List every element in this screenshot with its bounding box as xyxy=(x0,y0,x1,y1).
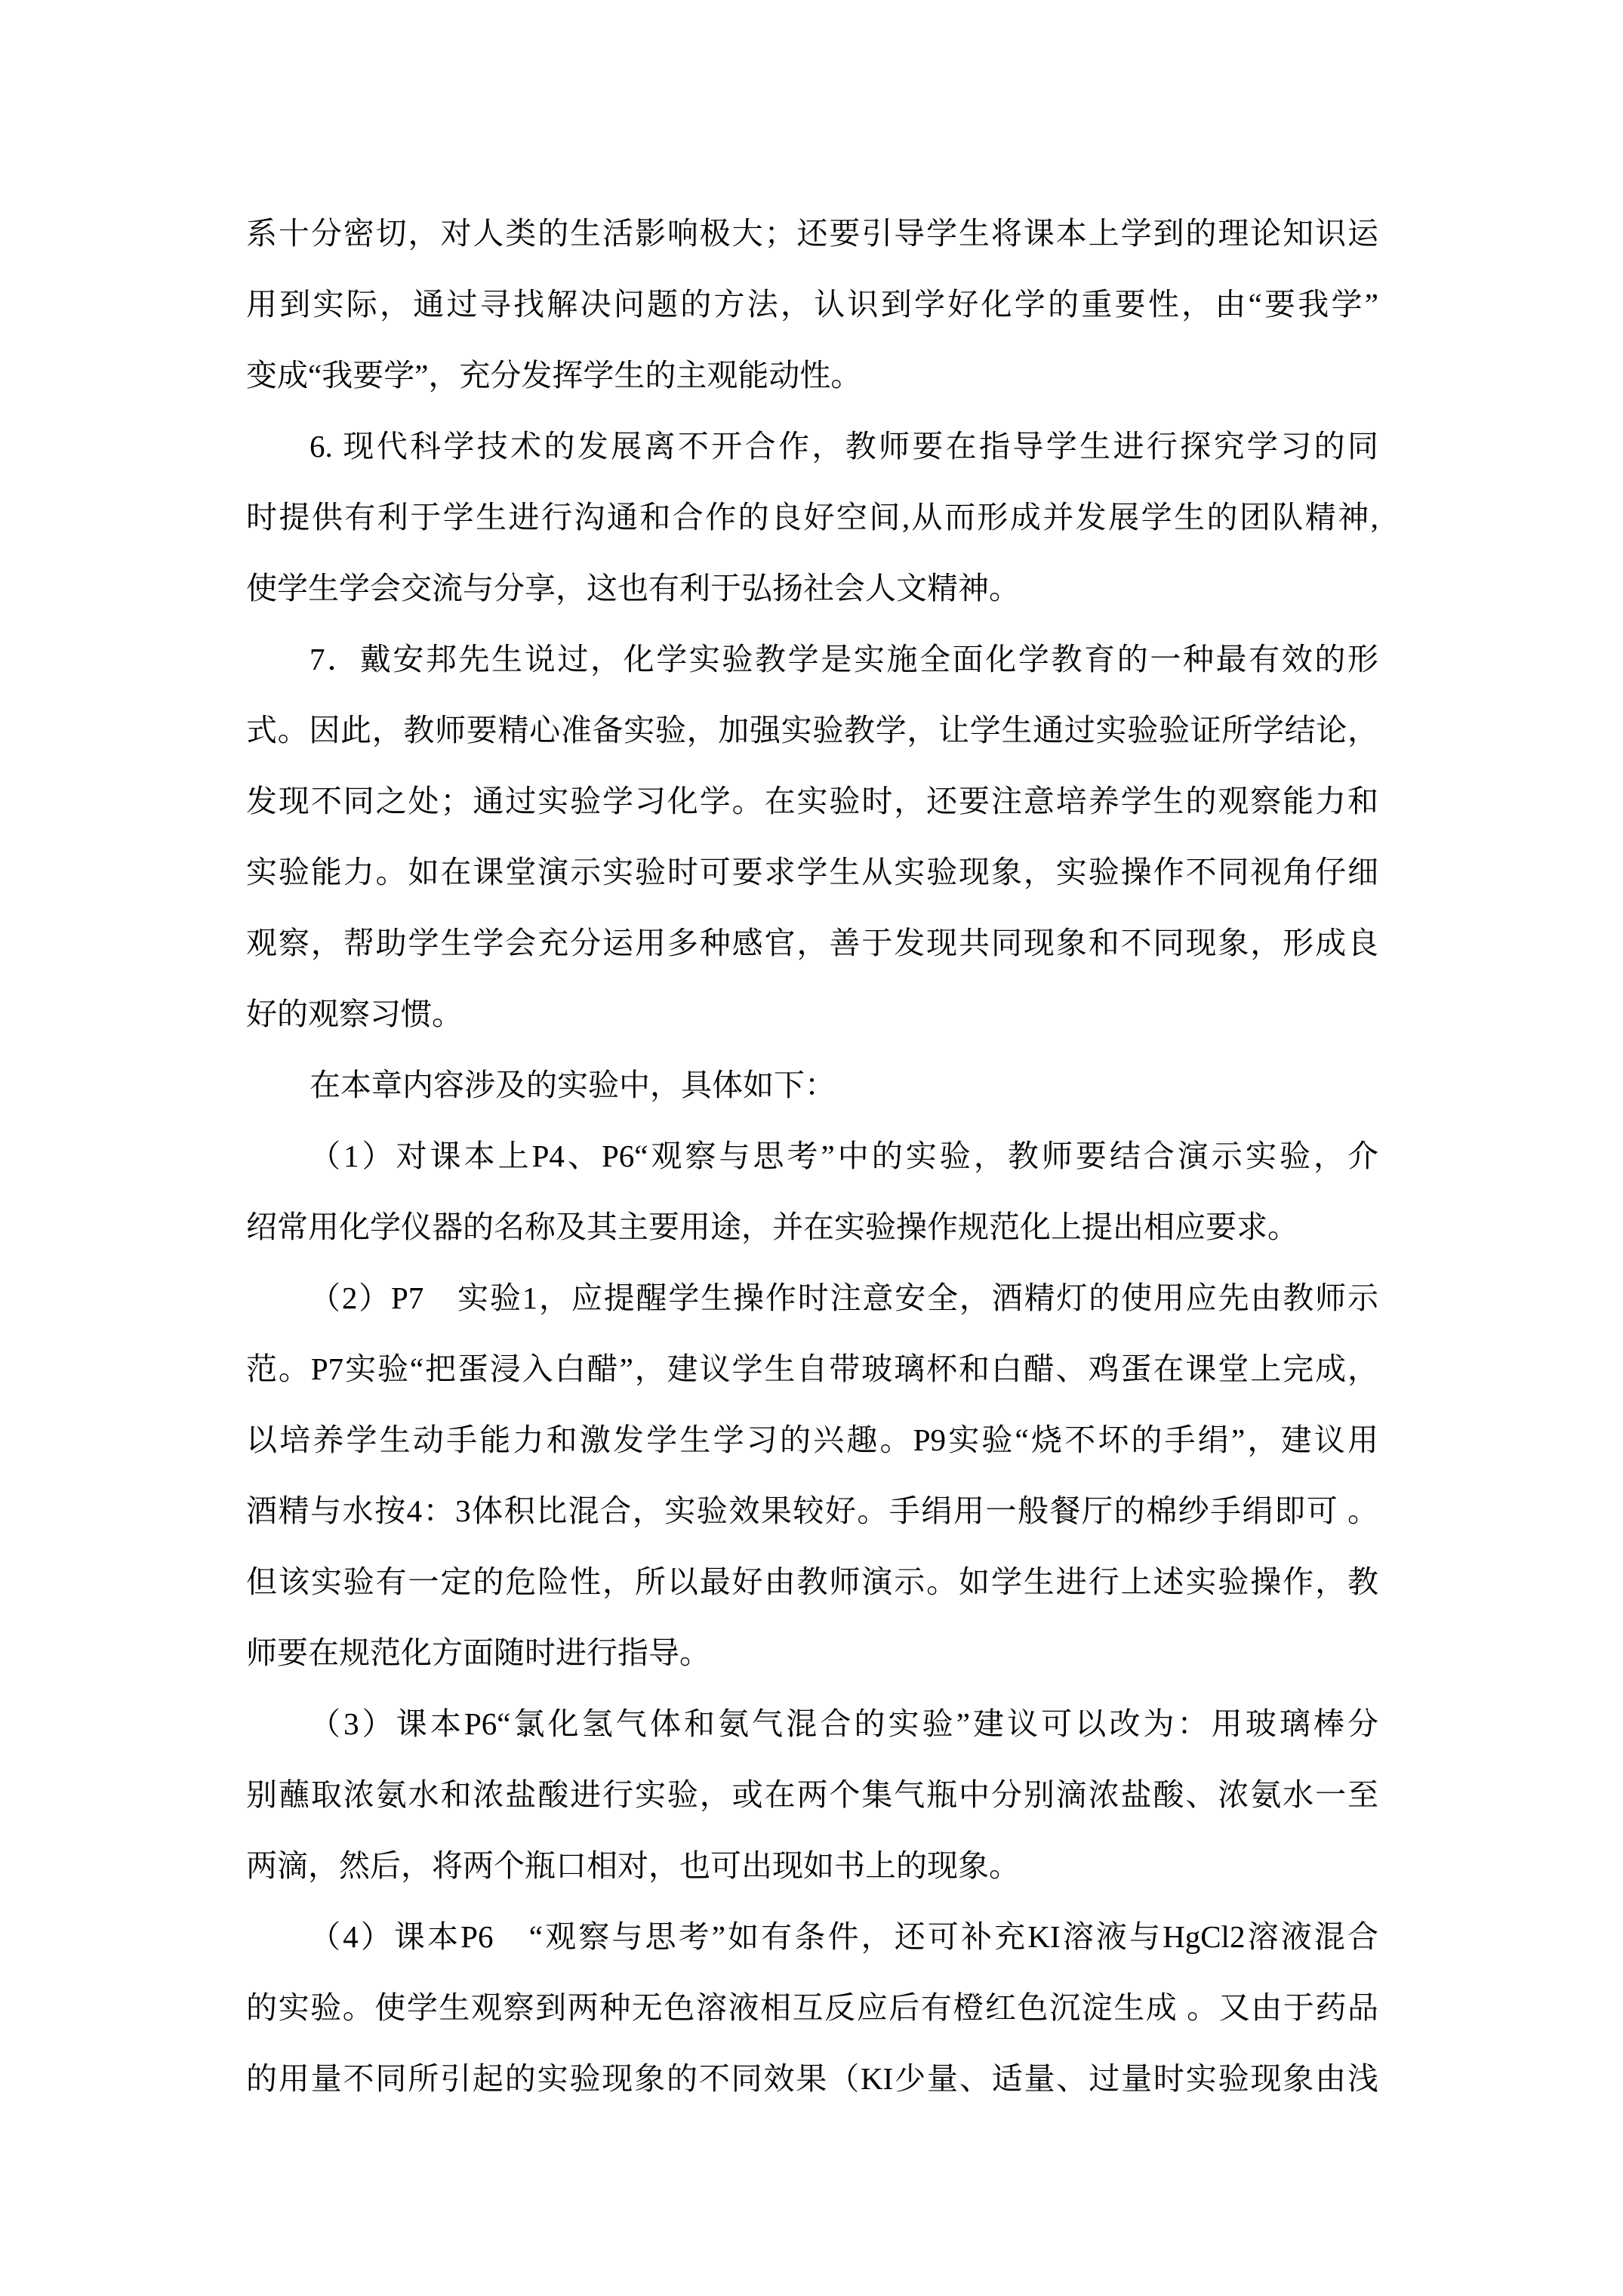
text-line: （1）对课本上P4、P6“观察与思考”中的实验，教师要结合演示实验，介 xyxy=(246,1120,1378,1191)
text-line: 发现不同之处；通过实验学习化学。在实验时，还要注意培养学生的观察能力和 xyxy=(246,766,1378,837)
text-line: 两滴，然后，将两个瓶口相对，也可出现如书上的现象。 xyxy=(246,1830,1378,1901)
text-line: （3）课本P6“氯化氢气体和氨气混合的实验”建议可以改为：用玻璃棒分 xyxy=(246,1688,1378,1759)
text-line: 式。因此，教师要精心准备实验，加强实验教学，让学生通过实验验证所学结论， xyxy=(246,695,1378,766)
text-line: 以培养学生动手能力和激发学生学习的兴趣。P9实验“烧不坏的手绢”，建议用 xyxy=(246,1404,1378,1475)
text-line: 用到实际，通过寻找解决问题的方法，认识到学好化学的重要性，由“要我学” xyxy=(246,269,1378,340)
text-line: 好的观察习惯。 xyxy=(246,978,1378,1049)
text-line: 使学生学会交流与分享，这也有利于弘扬社会人文精神。 xyxy=(246,553,1378,624)
text-line: 6. 现代科学技术的发展离不开合作，教师要在指导学生进行探究学习的同 xyxy=(246,411,1378,482)
text-line: 的实验。使学生观察到两种无色溶液相互反应后有橙红色沉淀生成 。又由于药品 xyxy=(246,1972,1378,2043)
text-line: 系十分密切，对人类的生活影响极大；还要引导学生将课本上学到的理论知识运 xyxy=(246,198,1378,269)
text-line: 但该实验有一定的危险性，所以最好由教师演示。如学生进行上述实验操作，教 xyxy=(246,1546,1378,1617)
document-body: 系十分密切，对人类的生活影响极大；还要引导学生将课本上学到的理论知识运用到实际，… xyxy=(246,198,1378,2114)
text-line: 师要在规范化方面随时进行指导。 xyxy=(246,1617,1378,1688)
text-line: 变成“我要学”，充分发挥学生的主观能动性。 xyxy=(246,340,1378,411)
text-line: 在本章内容涉及的实验中，具体如下： xyxy=(246,1049,1378,1120)
text-line: 范。P7实验“把蛋浸入白醋”，建议学生自带玻璃杯和白醋、鸡蛋在课堂上完成， xyxy=(246,1333,1378,1404)
text-line: 别蘸取浓氨水和浓盐酸进行实验，或在两个集气瓶中分别滴浓盐酸、浓氨水一至 xyxy=(246,1759,1378,1830)
text-line: 绍常用化学仪器的名称及其主要用途，并在实验操作规范化上提出相应要求。 xyxy=(246,1191,1378,1262)
text-line: 实验能力。如在课堂演示实验时可要求学生从实验现象，实验操作不同视角仔细 xyxy=(246,837,1378,908)
text-line: 的用量不同所引起的实验现象的不同效果（KI少量、适量、过量时实验现象由浅 xyxy=(246,2043,1378,2114)
text-line: 观察，帮助学生学会充分运用多种感官，善于发现共同现象和不同现象，形成良 xyxy=(246,908,1378,978)
text-line: 7．戴安邦先生说过，化学实验教学是实施全面化学教育的一种最有效的形 xyxy=(246,624,1378,695)
text-line: （2）P7 实验1，应提醒学生操作时注意安全，酒精灯的使用应先由教师示 xyxy=(246,1262,1378,1333)
text-line: 时提供有利于学生进行沟通和合作的良好空间,从而形成并发展学生的团队精神, xyxy=(246,482,1378,553)
document-page: 系十分密切，对人类的生活影响极大；还要引导学生将课本上学到的理论知识运用到实际，… xyxy=(0,0,1623,2296)
text-line: （4）课本P6 “观察与思考”如有条件，还可补充KI溶液与HgCl2溶液混合 xyxy=(246,1901,1378,1972)
text-line: 酒精与水按4：3体积比混合，实验效果较好。手绢用一般餐厅的棉纱手绢即可 。 xyxy=(246,1475,1378,1546)
